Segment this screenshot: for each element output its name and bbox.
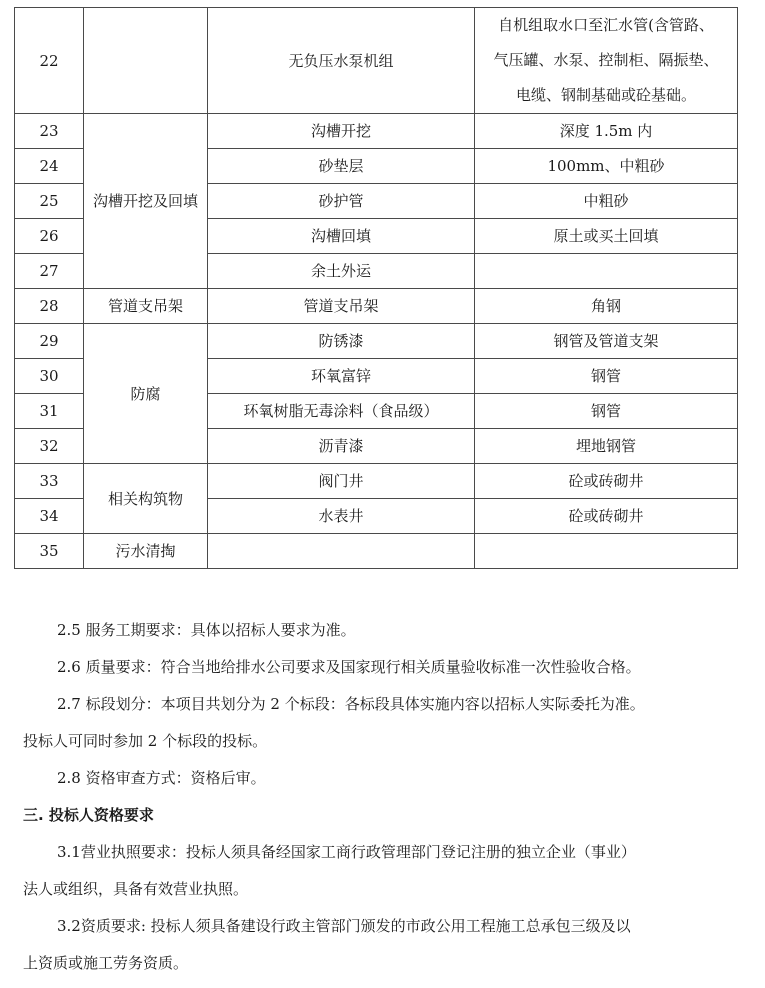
- row-number: 35: [15, 534, 84, 569]
- description-cell: 深度 1.5m 内: [475, 114, 738, 149]
- paragraph-lots-line1: 2.7 标段划分：本项目共划分为 2 个标段：各标段具体实施内容以招标人实际委托…: [23, 686, 743, 723]
- row-number: 25: [15, 184, 84, 219]
- table-row: 23 沟槽开挖及回填 沟槽开挖 深度 1.5m 内: [15, 114, 738, 149]
- scope-table: 22 无负压水泵机组 自机组取水口至汇水管(含管路、 气压罐、水泵、控制柜、隔振…: [14, 7, 738, 569]
- description-cell: 钢管: [475, 359, 738, 394]
- item-cell: 沟槽回填: [208, 219, 475, 254]
- description-line: 电缆、钢制基础或砼基础。: [479, 78, 733, 113]
- table-row: 22 无负压水泵机组 自机组取水口至汇水管(含管路、 气压罐、水泵、控制柜、隔振…: [15, 8, 738, 114]
- table-row: 33 相关构筑物 阀门井 砼或砖砌井: [15, 464, 738, 499]
- item-cell: 余土外运: [208, 254, 475, 289]
- description-cell: [475, 534, 738, 569]
- item-cell: 砂垫层: [208, 149, 475, 184]
- paragraph-qualification-review: 2.8 资格审查方式：资格后审。: [23, 760, 743, 797]
- description-line: 自机组取水口至汇水管(含管路、: [479, 8, 733, 43]
- item-cell: 沥青漆: [208, 429, 475, 464]
- category-cell: 污水清掏: [84, 534, 208, 569]
- description-cell: 钢管: [475, 394, 738, 429]
- row-number: 27: [15, 254, 84, 289]
- description-cell: 砼或砖砌井: [475, 464, 738, 499]
- paragraph-license-line1: 3.1营业执照要求：投标人须具备经国家工商行政管理部门登记注册的独立企业（事业）: [23, 834, 743, 871]
- description-line: 气压罐、水泵、控制柜、隔振垫、: [479, 43, 733, 78]
- item-cell: 管道支吊架: [208, 289, 475, 324]
- row-number: 26: [15, 219, 84, 254]
- table-row: 28 管道支吊架 管道支吊架 角钢: [15, 289, 738, 324]
- category-cell: 管道支吊架: [84, 289, 208, 324]
- category-cell: 沟槽开挖及回填: [84, 114, 208, 289]
- row-number: 31: [15, 394, 84, 429]
- category-cell: [84, 8, 208, 114]
- description-cell: [475, 254, 738, 289]
- row-number: 30: [15, 359, 84, 394]
- item-cell: 防锈漆: [208, 324, 475, 359]
- row-number: 28: [15, 289, 84, 324]
- description-cell: 砼或砖砌井: [475, 499, 738, 534]
- body-text: 2.5 服务工期要求：具体以招标人要求为准。 2.6 质量要求：符合当地给排水公…: [23, 612, 743, 982]
- item-cell: 阀门井: [208, 464, 475, 499]
- row-number: 29: [15, 324, 84, 359]
- table-row: 35 污水清掏: [15, 534, 738, 569]
- paragraph-license-line2: 法人或组织，具备有效营业执照。: [23, 871, 743, 908]
- paragraph-quality: 2.6 质量要求：符合当地给排水公司要求及国家现行相关质量验收标准一次性验收合格…: [23, 649, 743, 686]
- description-cell: 100mm、中粗砂: [475, 149, 738, 184]
- section-heading: 三. 投标人资格要求: [23, 797, 743, 834]
- row-number: 32: [15, 429, 84, 464]
- category-cell: 防腐: [84, 324, 208, 464]
- row-number: 34: [15, 499, 84, 534]
- row-number: 22: [15, 8, 84, 114]
- description-cell: 埋地钢管: [475, 429, 738, 464]
- item-cell: 环氧树脂无毒涂料（食品级）: [208, 394, 475, 429]
- item-cell: 环氧富锌: [208, 359, 475, 394]
- paragraph-qualification-line2: 上资质或施工劳务资质。: [23, 945, 743, 982]
- category-cell: 相关构筑物: [84, 464, 208, 534]
- table-row: 29 防腐 防锈漆 钢管及管道支架: [15, 324, 738, 359]
- paragraph-qualification-line1: 3.2资质要求: 投标人须具备建设行政主管部门颁发的市政公用工程施工总承包三级及…: [23, 908, 743, 945]
- paragraph-service-period: 2.5 服务工期要求：具体以招标人要求为准。: [23, 612, 743, 649]
- description-cell: 自机组取水口至汇水管(含管路、 气压罐、水泵、控制柜、隔振垫、 电缆、钢制基础或…: [475, 8, 738, 114]
- description-cell: 中粗砂: [475, 184, 738, 219]
- item-cell: 无负压水泵机组: [208, 8, 475, 114]
- item-cell: 砂护管: [208, 184, 475, 219]
- row-number: 24: [15, 149, 84, 184]
- row-number: 23: [15, 114, 84, 149]
- description-cell: 钢管及管道支架: [475, 324, 738, 359]
- row-number: 33: [15, 464, 84, 499]
- item-cell: [208, 534, 475, 569]
- description-cell: 角钢: [475, 289, 738, 324]
- item-cell: 沟槽开挖: [208, 114, 475, 149]
- item-cell: 水表井: [208, 499, 475, 534]
- description-cell: 原土或买土回填: [475, 219, 738, 254]
- paragraph-lots-line2: 投标人可同时参加 2 个标段的投标。: [23, 723, 743, 760]
